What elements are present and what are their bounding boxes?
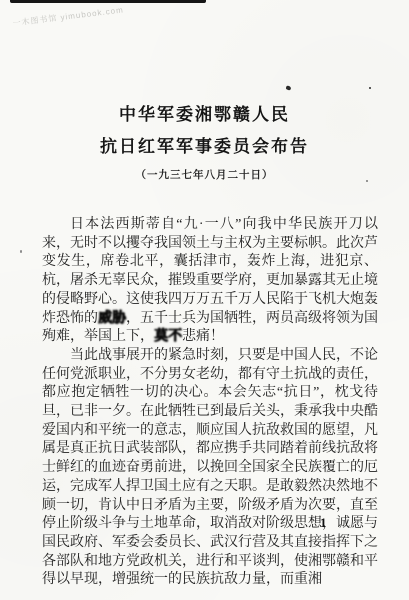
ink-speck: [369, 87, 371, 89]
smudged-word: 莫不: [154, 329, 182, 344]
document-title-line1: 中华军委湘鄂赣人民: [0, 106, 409, 123]
page-number: 1: [320, 515, 327, 531]
scanned-document-page: 一木图书馆 yimubook.com 中华军委湘鄂赣人民 抗日红军军事委员会布告…: [0, 0, 409, 600]
paragraph-1: 日本法西斯蒂自“九·一八”向我中华民族开刀以来，无时不以攫夺我国领土与主权为主要…: [42, 216, 378, 347]
paragraph-1-text: 悲痛！: [182, 329, 224, 344]
scan-edge-artifact: [10, 0, 206, 3]
document-title-line2: 抗日红军军事委员会布告: [0, 138, 409, 155]
paragraph-1-text: 日本法西斯蒂自“九·一八”向我中华民族开刀以来，无时不以攫夺我国领土与主权为主要…: [42, 217, 378, 326]
paragraph-2-text: 当此战事展开的紧急时刻，只要是中国人民，不论任何党派职业，不分男女老幼，都有守土…: [42, 348, 378, 587]
ink-speck: [20, 250, 22, 253]
paragraph-2: 当此战事展开的紧急时刻，只要是中国人民，不论任何党派职业，不分男女老幼，都有守土…: [42, 347, 378, 590]
smudged-word: 威胁: [98, 311, 126, 326]
document-body: 日本法西斯蒂自“九·一八”向我中华民族开刀以来，无时不以攫夺我国领土与主权为主要…: [42, 216, 378, 590]
document-date: （一九三七年八月二十日）: [0, 167, 409, 182]
document-header: 中华军委湘鄂赣人民 抗日红军军事委员会布告 （一九三七年八月二十日）: [0, 0, 409, 182]
ink-speck: [366, 180, 368, 182]
